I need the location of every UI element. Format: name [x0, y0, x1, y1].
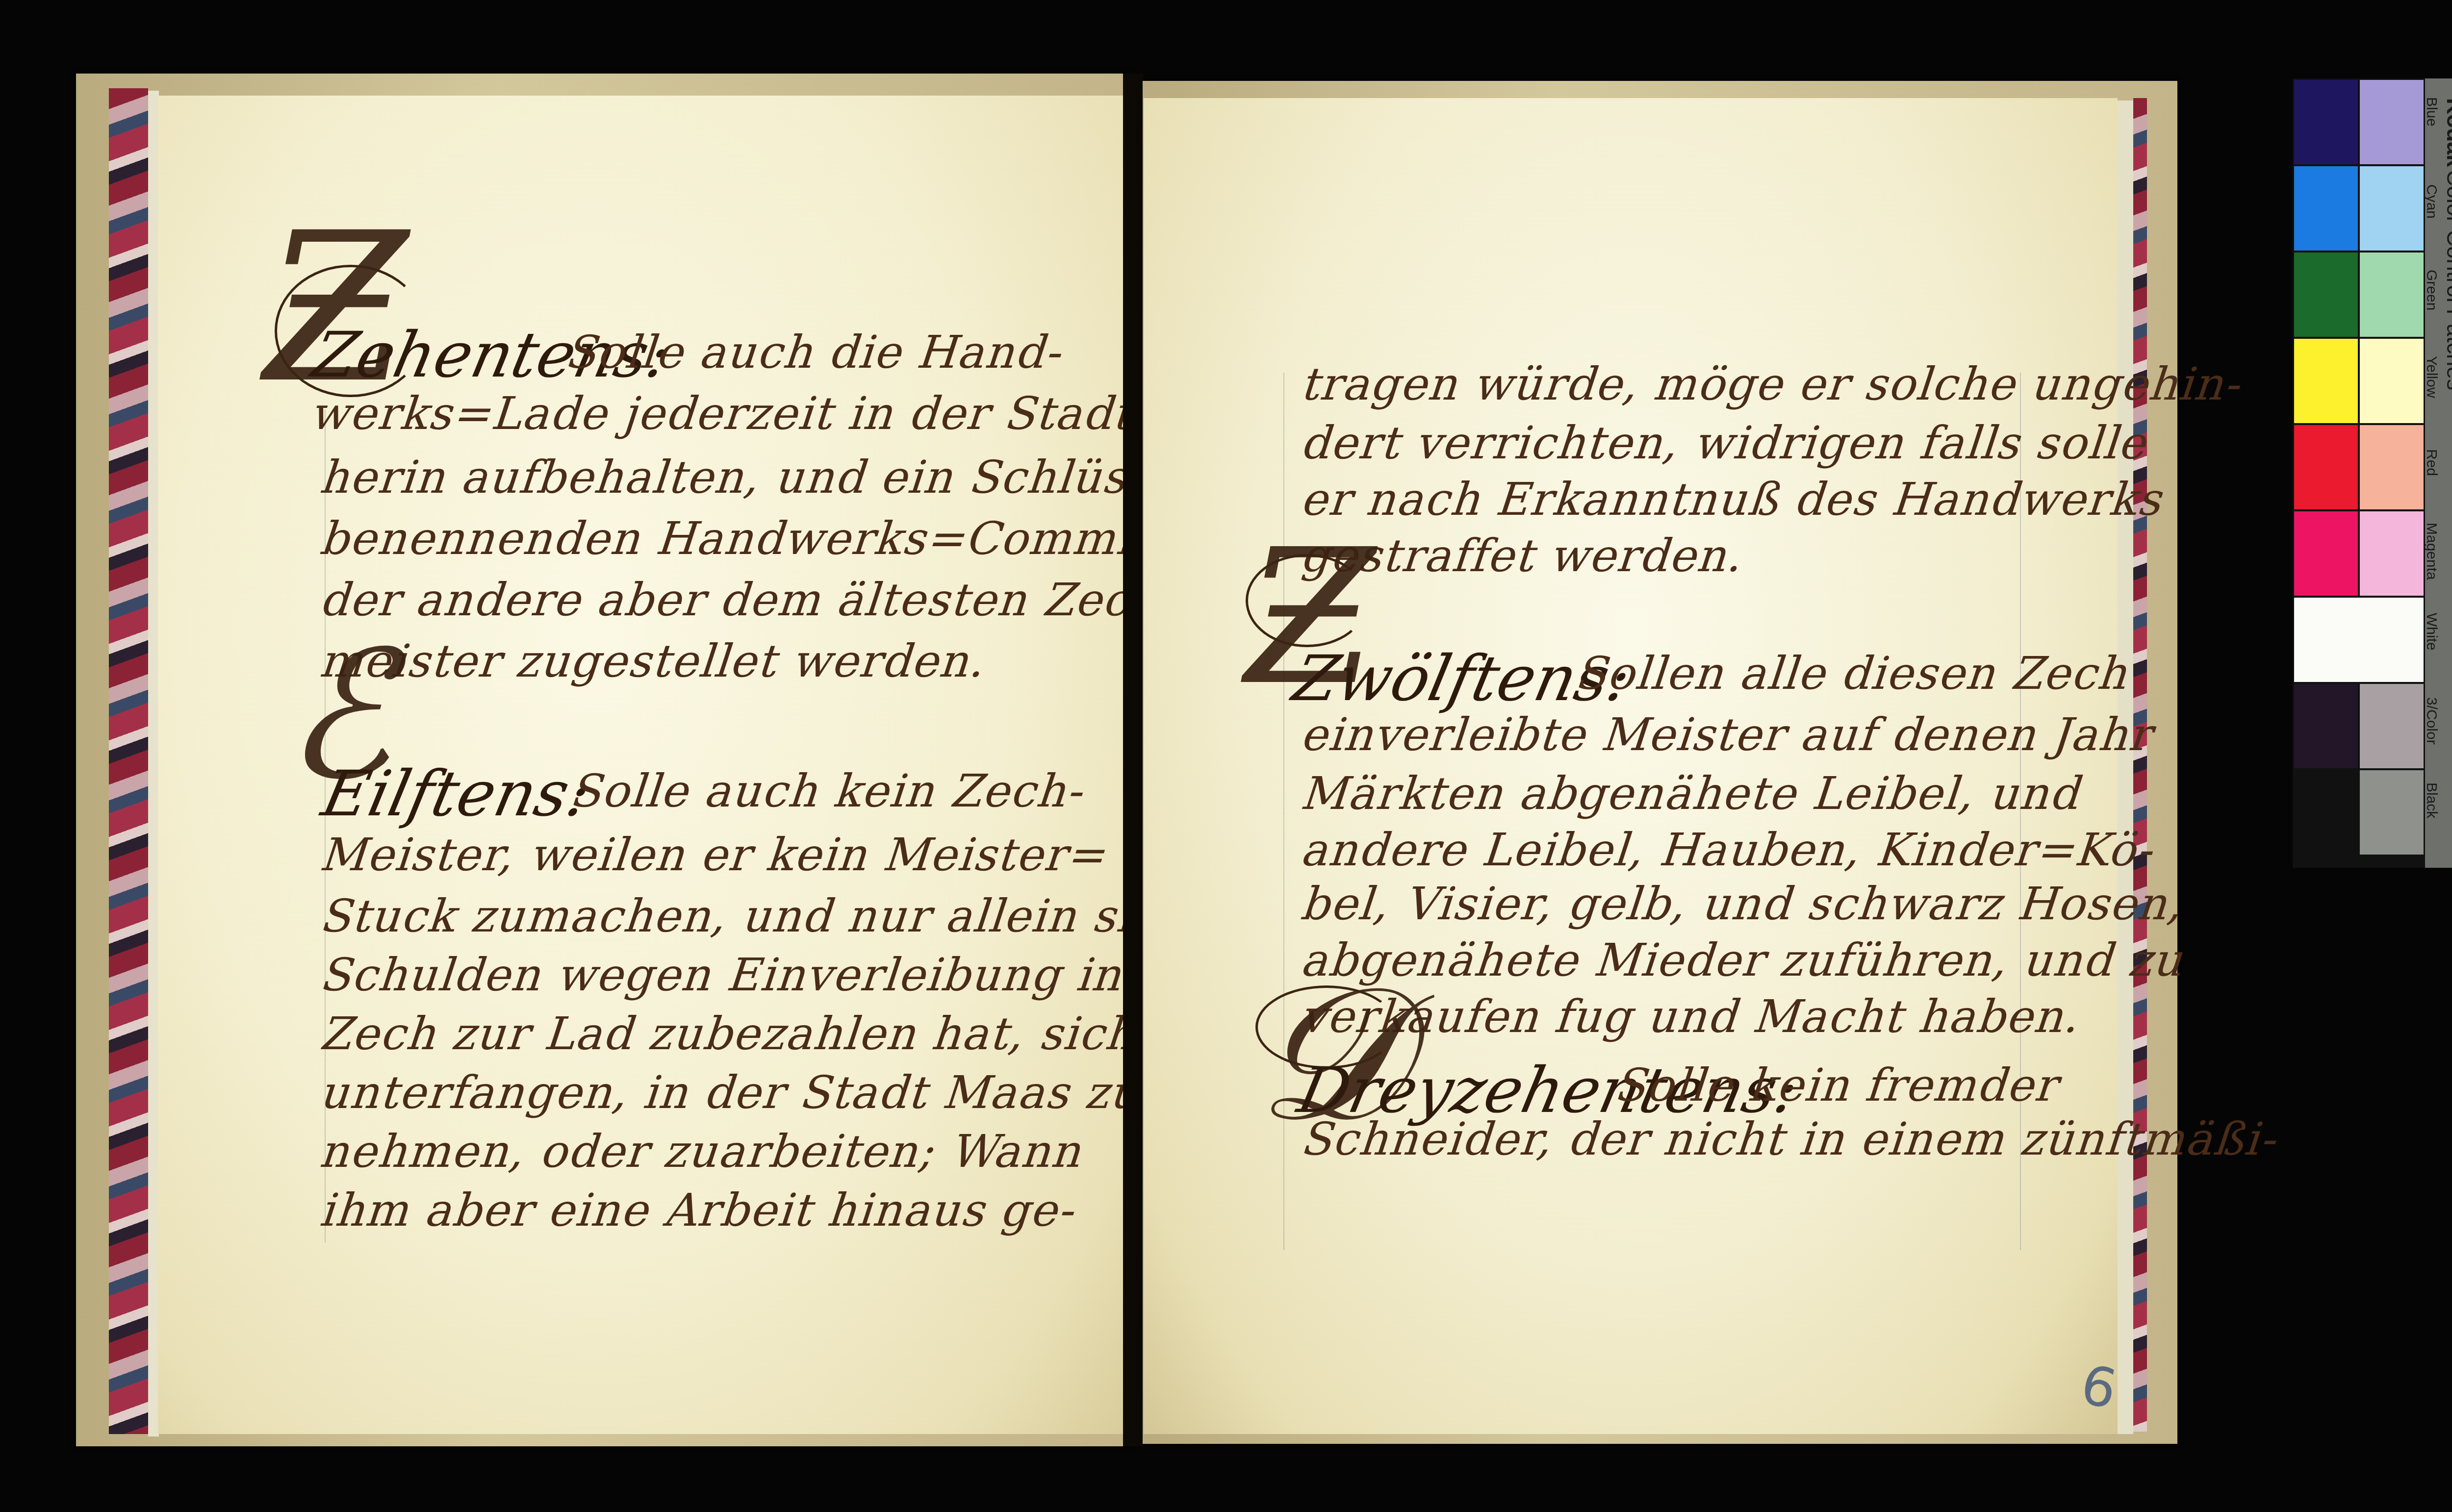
patch-magenta-light: [2358, 510, 2425, 597]
right-page-edge-stack: [2118, 101, 2133, 1434]
manuscript-line: ihm aber eine Arbeit hinaus ge-: [315, 1184, 1086, 1236]
patch-blue-light: [2358, 78, 2425, 166]
manuscript-line: Meister, weilen er kein Meister=: [315, 829, 1118, 881]
book-spine-gutter: [1123, 74, 1144, 1446]
patch-label: Green: [2423, 270, 2440, 310]
patch-3color-light: [2358, 682, 2425, 770]
patch-label: 3/Color: [2423, 697, 2440, 745]
patch-red-dark: [2293, 424, 2359, 511]
target-title: Color Control Patches: [2442, 170, 2452, 390]
manuscript-line: Stuck zumachen, und nur allein sich: [315, 890, 1200, 942]
manuscript-line: andere Leibel, Hauben, Kinder=Kö-: [1296, 824, 2165, 876]
manuscript-line: Solle auch kein Zech-: [565, 765, 1095, 817]
manuscript-line: Märkten abgenähete Leibel, und: [1296, 767, 2092, 820]
patch-label: Cyan: [2423, 184, 2440, 219]
patch-black-light: [2358, 769, 2425, 856]
manuscript-line: er nach Erkanntnuß des Handwerks: [1296, 473, 2174, 526]
patch-green-dark: [2293, 251, 2359, 338]
patch-magenta-dark: [2293, 510, 2359, 597]
initial-flourish: [1246, 554, 1368, 647]
kodak-logo-text: Kodak: [2442, 98, 2452, 167]
manuscript-line: einverleibte Meister auf denen Jahr: [1296, 708, 2164, 761]
patch-yellow-dark: [2293, 337, 2359, 425]
manuscript-line: abgenähete Mieder zuführen, und zu: [1296, 934, 2196, 986]
patch-label: Red: [2423, 449, 2440, 476]
patch-label: Magenta: [2423, 523, 2440, 580]
manuscript-line: meister zugestellet werden.: [315, 635, 997, 687]
measurement-ruler: Blue Cyan Green Yellow Red Magenta White…: [2425, 78, 2452, 868]
patch-cyan-dark: [2293, 165, 2359, 252]
right-page: [1144, 98, 2118, 1434]
section-heading-eilftens: Eilftens:: [316, 757, 597, 831]
manuscript-line: tragen würde, möge er solche ungehin-: [1296, 358, 2252, 410]
patch-label: Yellow: [2423, 356, 2440, 398]
patch-label: Black: [2423, 782, 2440, 818]
patch-3color-dark: [2293, 682, 2359, 770]
manuscript-line: verkaufen fug und Macht haben.: [1296, 990, 2092, 1043]
left-marbled-endpaper: [109, 88, 148, 1434]
manuscript-line: dert verrichten, widrigen falls solle: [1296, 417, 2158, 469]
manuscript-line: Solle kein fremder: [1610, 1059, 2069, 1111]
left-page-edge-stack: [148, 91, 159, 1436]
manuscript-line: Schneider, der nicht in einem zünftmäßi-: [1296, 1113, 2289, 1165]
manuscript-line: werks=Lade jederzeit in der Stadt: [306, 387, 1145, 440]
patch-blue-dark: [2293, 78, 2359, 166]
kodak-color-target: Blue Cyan Green Yellow Red Magenta White…: [2293, 78, 2452, 868]
manuscript-line: bel, Visier, gelb, und schwarz Hosen,: [1296, 878, 2196, 930]
manuscript-line: Solle auch die Hand-: [561, 326, 1073, 378]
patch-label: White: [2423, 613, 2440, 651]
manuscript-line: der andere aber dem ältesten Zech-: [315, 574, 1188, 626]
patch-cyan-light: [2358, 165, 2425, 252]
right-marbled-endpaper: [2133, 98, 2147, 1432]
manuscript-line: unterfangen, in der Stadt Maas zu: [315, 1066, 1152, 1119]
patch-green-light: [2358, 251, 2425, 338]
patch-red-light: [2358, 424, 2425, 511]
patch-white: [2293, 596, 2425, 683]
manuscript-line: nehmen, oder zuarbeiten; Wann: [315, 1125, 1094, 1178]
manuscript-line: Sollen alle diesen Zech: [1571, 647, 2140, 700]
patch-yellow-light: [2358, 337, 2425, 425]
patch-label: Blue: [2423, 97, 2440, 126]
patch-black-dark: [2293, 769, 2359, 856]
manuscript-line: Schulden wegen Einverleibung in die: [315, 949, 1223, 1001]
